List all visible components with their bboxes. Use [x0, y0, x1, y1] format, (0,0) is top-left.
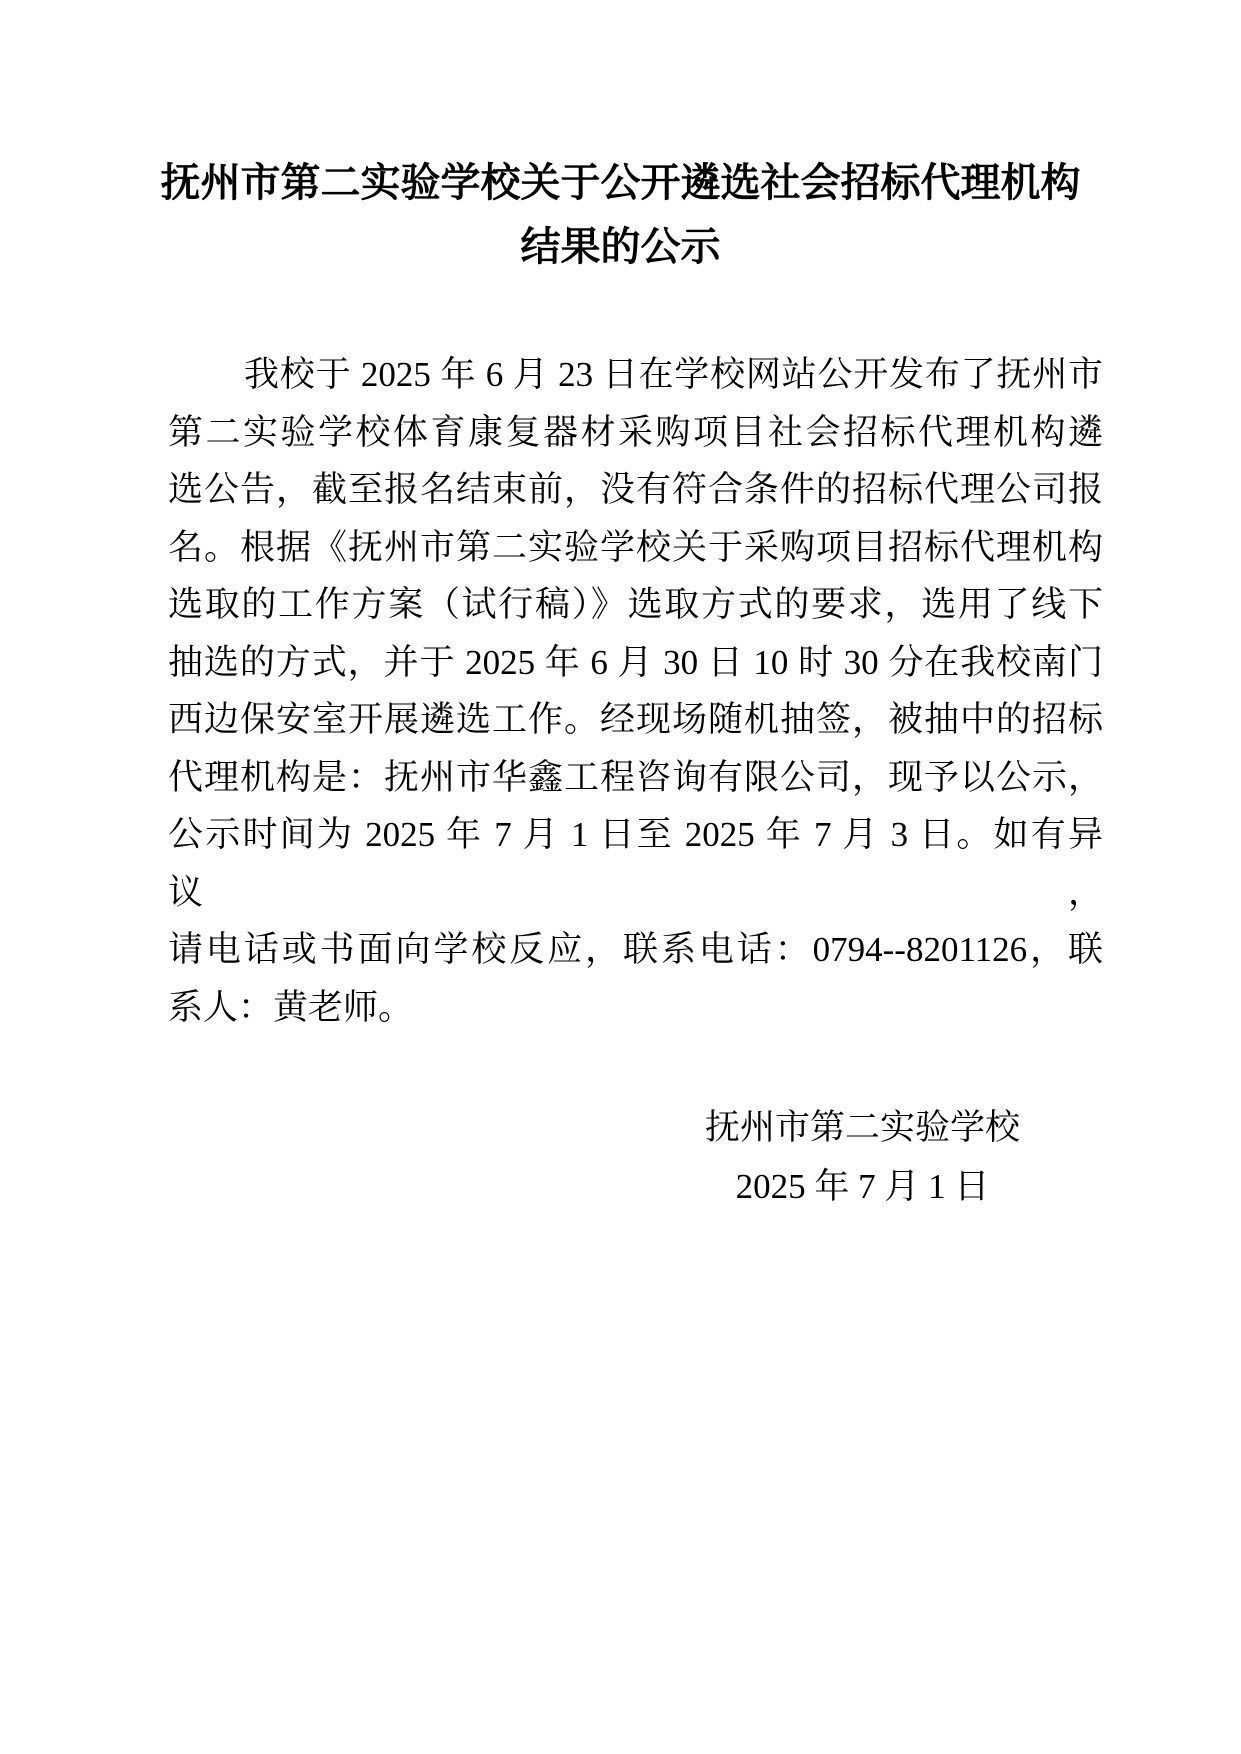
document-title: 抚州市第二实验学校关于公开遴选社会招标代理机构 结果的公示 — [0, 0, 1241, 279]
signature-date: 2025 年 7 月 1 日 — [705, 1157, 1020, 1216]
title-line-1: 抚州市第二实验学校关于公开遴选社会招标代理机构 — [0, 151, 1241, 215]
body-line: 选公告，截至报名结束前，没有符合条件的招标代理公司报 — [168, 461, 1103, 519]
body-line: 选取的工作方案（试行稿）》选取方式的要求，选用了线下 — [168, 576, 1103, 634]
body-line: 代理机构是：抚州市华鑫工程咨询有限公司，现予以公示， — [168, 749, 1103, 807]
body-line: 我校于 2025 年 6 月 23 日在学校网站公开发布了抚州市 — [168, 346, 1103, 404]
signature-org: 抚州市第二实验学校 — [705, 1098, 1020, 1157]
signature-block: 抚州市第二实验学校 2025 年 7 月 1 日 — [0, 1098, 1241, 1216]
body-line: 名。根据《抚州市第二实验学校关于采购项目招标代理机构 — [168, 519, 1103, 577]
body-line: 抽选的方式，并于 2025 年 6 月 30 日 10 时 30 分在我校南门 — [168, 634, 1103, 692]
body-line: 第二实验学校体育康复器材采购项目社会招标代理机构遴 — [168, 404, 1103, 462]
document-page: 抚州市第二实验学校关于公开遴选社会招标代理机构 结果的公示 我校于 2025 年… — [0, 0, 1241, 1754]
body-line: 系人：黄老师。 — [168, 979, 1103, 1037]
signature-inner: 抚州市第二实验学校 2025 年 7 月 1 日 — [705, 1098, 1020, 1216]
title-line-2: 结果的公示 — [0, 215, 1241, 279]
body-line: 请电话或书面向学校反应，联系电话：0794--8201126，联 — [168, 921, 1103, 979]
document-body: 我校于 2025 年 6 月 23 日在学校网站公开发布了抚州市 第二实验学校体… — [0, 346, 1241, 1036]
body-line: 公示时间为 2025 年 7 月 1 日至 2025 年 7 月 3 日。如有异… — [168, 806, 1103, 921]
body-line: 西边保安室开展遴选工作。经现场随机抽签，被抽中的招标 — [168, 691, 1103, 749]
